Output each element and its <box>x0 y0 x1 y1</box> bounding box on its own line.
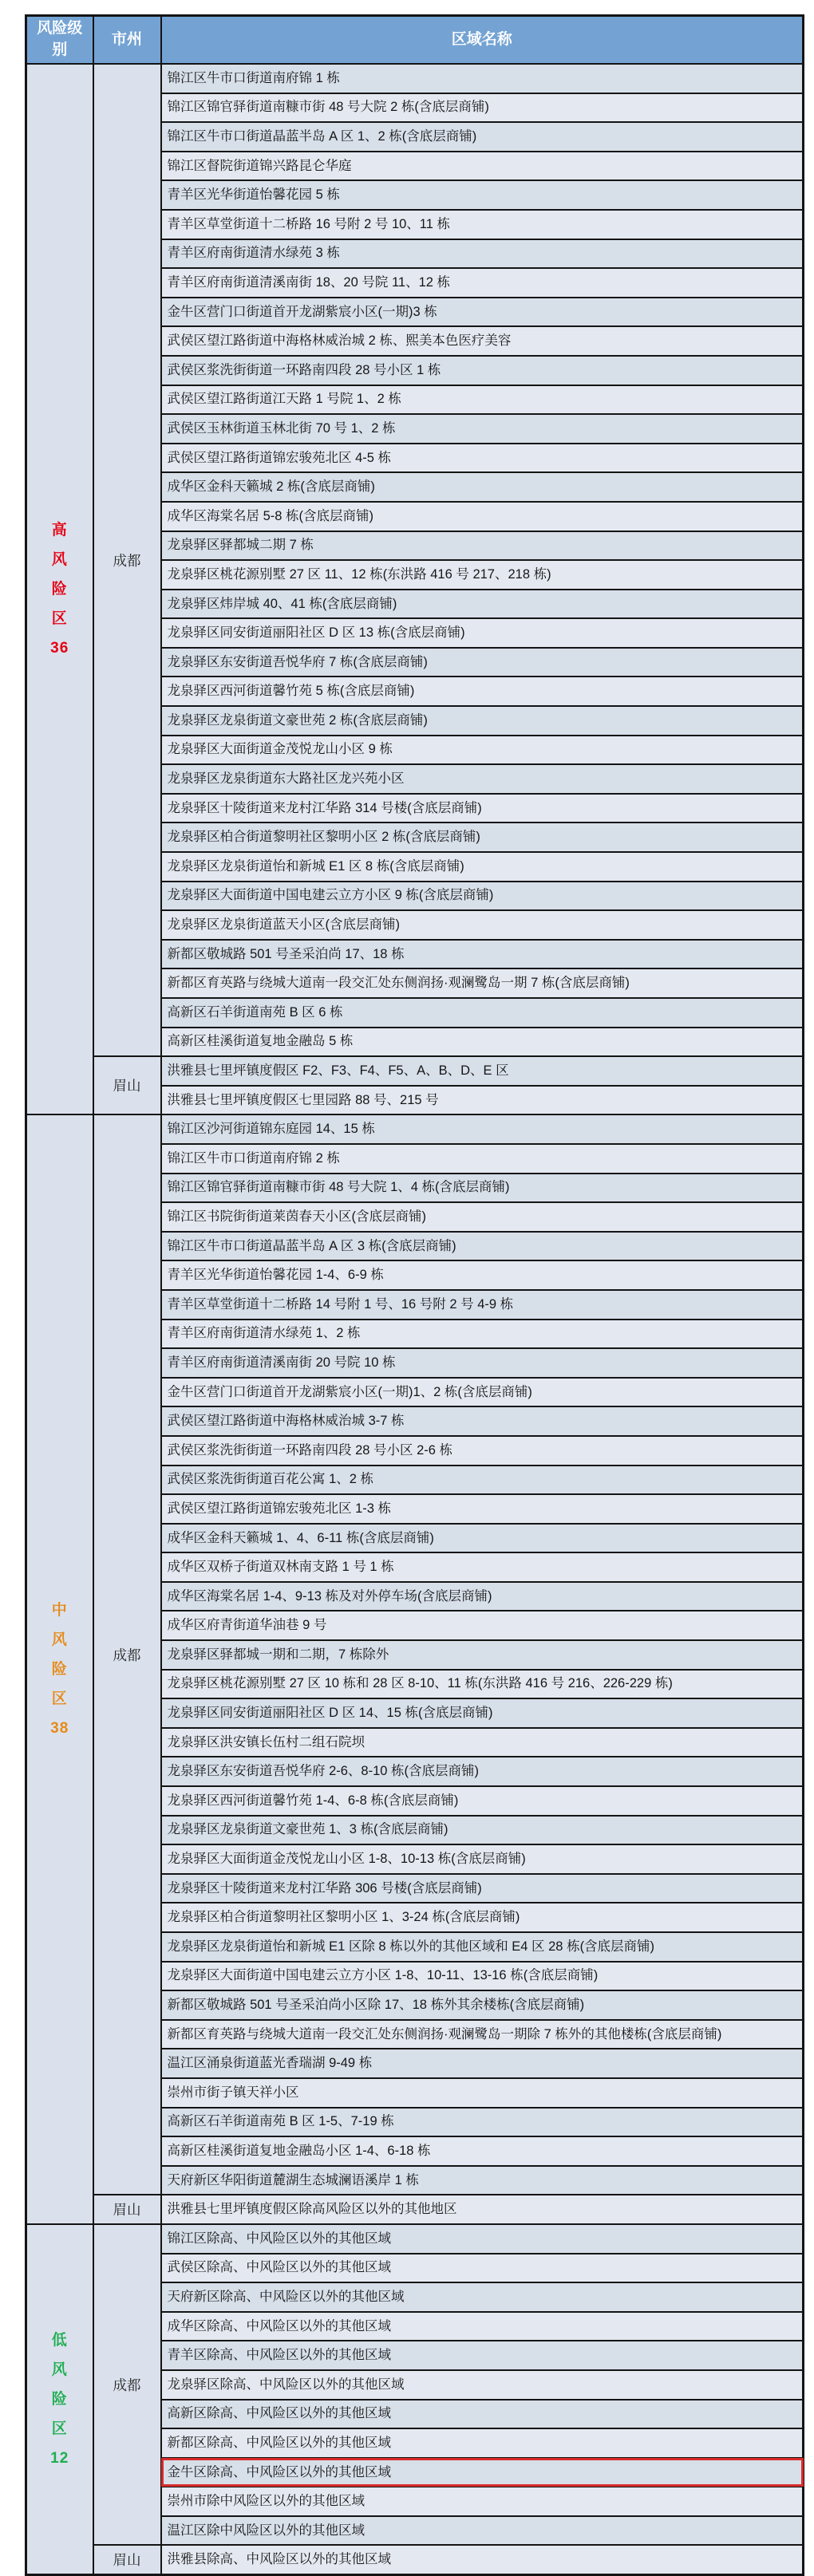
area-name-cell: 新都区敬城路 501 号圣采泊尚小区除 17、18 栋外其余楼栋(含底层商铺) <box>161 1990 804 2020</box>
risk-level-char: 险 <box>27 2385 93 2414</box>
area-name-cell: 青羊区草堂街道十二桥路 16 号附 2 号 10、11 栋 <box>161 210 804 239</box>
area-name-cell: 天府新区华阳街道麓湖生态城澜语溪岸 1 栋 <box>161 2166 804 2195</box>
area-name-cell: 洪雅县七里坪镇度假区除高风险区以外的其他地区 <box>161 2195 804 2224</box>
area-name-cell: 金牛区营门口街道首开龙湖紫宸小区(一期)1、2 栋(含底层商铺) <box>161 1378 804 1407</box>
table-row: 中风险区38成都锦江区沙河街道锦东庭园 14、15 栋 <box>26 1114 804 1144</box>
risk-level-char: 风 <box>27 2355 93 2385</box>
risk-level-char: 险 <box>27 1655 93 1684</box>
area-name-cell: 金牛区除高、中风险区以外的其他区域 <box>161 2458 804 2487</box>
area-name-cell: 龙泉驿区大面街道金茂悦龙山小区 9 栋 <box>161 736 804 765</box>
area-name-cell: 龙泉驿区龙泉街道蓝天小区(含底层商铺) <box>161 910 804 940</box>
area-name-cell: 龙泉驿区西河街道馨竹苑 1-4、6-8 栋(含底层商铺) <box>161 1786 804 1816</box>
area-name-cell: 温江区除中风险区以外的其他区域 <box>161 2516 804 2546</box>
area-name-cell: 成华区海棠名居 1-4、9-13 栋及对外停车场(含底层商铺) <box>161 1582 804 1611</box>
city-cell: 眉山 <box>93 2195 161 2224</box>
area-name-cell: 武侯区玉林街道玉林北街 70 号 1、2 栋 <box>161 414 804 444</box>
area-name-cell: 龙泉驿区十陵街道来龙村江华路 314 号楼(含底层商铺) <box>161 794 804 823</box>
risk-level-char: 低 <box>27 2326 93 2355</box>
area-name-cell: 洪雅县七里坪镇度假区 F2、F3、F4、F5、A、B、D、E 区 <box>161 1056 804 1086</box>
area-name-cell: 成华区府青街道华油巷 9 号 <box>161 1611 804 1640</box>
risk-level-char: 38 <box>27 1714 93 1743</box>
risk-level-char: 区 <box>27 604 93 633</box>
area-name-cell: 锦江区锦官驿街道南糠市街 48 号大院 1、4 栋(含底层商铺) <box>161 1174 804 1203</box>
area-name-cell: 锦江区除高、中风险区以外的其他区域 <box>161 2224 804 2254</box>
area-name-cell: 龙泉驿区十陵街道来龙村江华路 306 号楼(含底层商铺) <box>161 1874 804 1903</box>
risk-level-char: 高 <box>27 515 93 545</box>
city-label: 成都 <box>113 1647 141 1663</box>
area-name-cell: 高新区桂溪街道复地金融岛 5 栋 <box>161 1028 804 1057</box>
area-name-cell: 洪雅县除高、中风险区以外的其他区域 <box>161 2545 804 2574</box>
risk-level-char: 风 <box>27 1625 93 1655</box>
area-name-cell: 龙泉驿区西河街道馨竹苑 5 栋(含底层商铺) <box>161 677 804 706</box>
city-label: 眉山 <box>113 2552 141 2568</box>
area-name-cell: 龙泉驿区桃花源别墅 27 区 11、12 栋(东洪路 416 号 217、218… <box>161 560 804 590</box>
area-name-cell: 锦江区沙河街道锦东庭园 14、15 栋 <box>161 1114 804 1144</box>
area-name-cell: 龙泉驿区大面街道中国电建云立方小区 9 栋(含底层商铺) <box>161 882 804 911</box>
area-name-cell: 高新区除高、中风险区以外的其他区域 <box>161 2400 804 2429</box>
area-name-cell: 锦江区牛市口街道南府锦 2 栋 <box>161 1144 804 1174</box>
table-header: 风险级别 市州 区域名称 <box>26 16 804 65</box>
area-name-cell: 武侯区浆洗街街道一环路南四段 28 号小区 2-6 栋 <box>161 1436 804 1466</box>
area-name-cell: 金牛区营门口街道首开龙湖紫宸小区(一期)3 栋 <box>161 298 804 327</box>
table-row: 高风险区36成都锦江区牛市口街道南府锦 1 栋 <box>26 64 804 93</box>
area-name-cell: 青羊区府南街道清溪南街 20 号院 10 栋 <box>161 1348 804 1378</box>
table-row: 眉山洪雅县七里坪镇度假区除高风险区以外的其他地区 <box>26 2195 804 2224</box>
area-name-cell: 温江区涌泉街道蓝光香瑞湖 9-49 栋 <box>161 2049 804 2078</box>
area-name-cell: 龙泉驿区龙泉街道东大路社区龙兴苑小区 <box>161 764 804 794</box>
area-name-cell: 锦江区书院街街道莱茵春天小区(含底层商铺) <box>161 1202 804 1232</box>
risk-level-char: 12 <box>27 2444 93 2473</box>
area-name-cell: 新都区除高、中风险区以外的其他区域 <box>161 2428 804 2458</box>
area-name-cell: 武侯区浆洗街街道一环路南四段 28 号小区 1 栋 <box>161 356 804 385</box>
area-name-cell: 青羊区府南街道清溪南街 18、20 号院 11、12 栋 <box>161 268 804 298</box>
table-row: 眉山洪雅县除高、中风险区以外的其他区域 <box>26 2545 804 2574</box>
city-label: 成都 <box>113 553 141 569</box>
header-city: 市州 <box>93 16 161 65</box>
area-name-cell: 成华区双桥子街道双林南支路 1 号 1 栋 <box>161 1552 804 1582</box>
area-name-cell: 锦江区牛市口街道晶蓝半岛 A 区 3 栋(含底层商铺) <box>161 1232 804 1261</box>
area-name-cell: 武侯区望江路街道中海格林威治城 2 栋、熙美本色医疗美容 <box>161 326 804 356</box>
area-name-cell: 龙泉驿区龙泉街道文豪世苑 2 栋(含底层商铺) <box>161 706 804 736</box>
area-name-cell: 龙泉驿区同安街道丽阳社区 D 区 14、15 栋(含底层商铺) <box>161 1698 804 1728</box>
area-name-cell: 龙泉驿区龙泉街道怡和新城 E1 区 8 栋(含底层商铺) <box>161 852 804 882</box>
area-name-cell: 天府新区除高、中风险区以外的其他区域 <box>161 2282 804 2312</box>
page: 风险级别 市州 区域名称 高风险区36成都锦江区牛市口街道南府锦 1 栋锦江区锦… <box>0 0 814 2574</box>
area-name-cell: 龙泉驿区驿都城一期和二期，7 栋除外 <box>161 1640 804 1670</box>
area-name-cell: 成华区金科天籁城 2 栋(含底层商铺) <box>161 472 804 502</box>
risk-level-char: 险 <box>27 574 93 604</box>
area-name-cell: 龙泉驿区洪安镇长伍村二组石院坝 <box>161 1728 804 1757</box>
area-name-cell: 武侯区除高、中风险区以外的其他区域 <box>161 2254 804 2283</box>
risk-level-label: 中风险区38 <box>27 1596 93 1743</box>
risk-level-char: 36 <box>27 633 93 663</box>
city-cell: 眉山 <box>93 2545 161 2574</box>
risk-level-char: 风 <box>27 545 93 574</box>
area-name-cell: 龙泉驿区同安街道丽阳社区 D 区 13 栋(含底层商铺) <box>161 618 804 648</box>
area-name-cell: 龙泉驿区驿都城二期 7 栋 <box>161 531 804 561</box>
area-name-cell: 锦江区牛市口街道晶蓝半岛 A 区 1、2 栋(含底层商铺) <box>161 122 804 152</box>
city-cell: 成都 <box>93 1114 161 2195</box>
area-name-cell: 龙泉驿区柏合街道黎明社区黎明小区 1、3-24 栋(含底层商铺) <box>161 1903 804 1932</box>
area-name-cell: 洪雅县七里坪镇度假区七里园路 88 号、215 号 <box>161 1086 804 1115</box>
area-name-cell: 高新区桂溪街道复地金融岛小区 1-4、6-18 栋 <box>161 2136 804 2166</box>
area-name-cell: 武侯区望江路街道江天路 1 号院 1、2 栋 <box>161 385 804 415</box>
area-name-cell: 青羊区除高、中风险区以外的其他区域 <box>161 2341 804 2370</box>
city-cell: 眉山 <box>93 1056 161 1114</box>
area-name-cell: 新都区育英路与绕城大道南一段交汇处东侧润扬·观澜鹭岛一期除 7 栋外的其他楼栋(… <box>161 2020 804 2049</box>
area-name-cell: 高新区石羊街道南苑 B 区 1-5、7-19 栋 <box>161 2108 804 2137</box>
header-area-name: 区域名称 <box>161 16 804 65</box>
risk-level-cell: 低风险区12 <box>26 2224 93 2574</box>
area-name-cell: 龙泉驿区东安街道吾悦华府 2-6、8-10 栋(含底层商铺) <box>161 1757 804 1786</box>
risk-area-table: 风险级别 市州 区域名称 高风险区36成都锦江区牛市口街道南府锦 1 栋锦江区锦… <box>25 14 804 2576</box>
area-name-cell: 武侯区望江路街道中海格林威治城 3-7 栋 <box>161 1406 804 1436</box>
risk-level-label: 低风险区12 <box>27 2326 93 2473</box>
risk-level-char: 区 <box>27 1684 93 1714</box>
area-name-cell: 青羊区府南街道清水绿苑 3 栋 <box>161 239 804 269</box>
area-name-cell: 青羊区光华街道怡馨花园 1-4、6-9 栋 <box>161 1260 804 1290</box>
area-name-cell: 武侯区浆洗街街道百花公寓 1、2 栋 <box>161 1466 804 1495</box>
area-name-cell: 龙泉驿区东安街道吾悦华府 7 栋(含底层商铺) <box>161 648 804 677</box>
area-name-cell: 龙泉驿区炜岸城 40、41 栋(含底层商铺) <box>161 590 804 619</box>
area-name-cell: 龙泉驿区除高、中风险区以外的其他区域 <box>161 2370 804 2400</box>
area-name-cell: 青羊区府南街道清水绿苑 1、2 栋 <box>161 1320 804 1349</box>
area-name-cell: 锦江区锦官驿街道南糠市街 48 号大院 2 栋(含底层商铺) <box>161 93 804 123</box>
city-label: 成都 <box>113 2377 141 2393</box>
area-name-cell: 新都区敬城路 501 号圣采泊尚 17、18 栋 <box>161 940 804 969</box>
risk-level-label: 高风险区36 <box>27 515 93 663</box>
area-name-cell: 青羊区光华街道怡馨花园 5 栋 <box>161 180 804 210</box>
area-name-cell: 龙泉驿区大面街道中国电建云立方小区 1-8、10-11、13-16 栋(含底层商… <box>161 1962 804 1991</box>
area-name-cell: 武侯区望江路街道锦宏骏苑北区 1-3 栋 <box>161 1494 804 1524</box>
header-row: 风险级别 市州 区域名称 <box>26 16 804 65</box>
city-cell: 成都 <box>93 64 161 1056</box>
area-name-cell: 崇州市街子镇天祥小区 <box>161 2078 804 2108</box>
area-name-cell: 锦江区牛市口街道南府锦 1 栋 <box>161 64 804 93</box>
risk-level-char: 区 <box>27 2414 93 2444</box>
area-name-cell: 龙泉驿区大面街道金茂悦龙山小区 1-8、10-13 栋(含底层商铺) <box>161 1844 804 1874</box>
area-name-cell: 新都区育英路与绕城大道南一段交汇处东侧润扬·观澜鹭岛一期 7 栋(含底层商铺) <box>161 968 804 998</box>
area-name-cell: 龙泉驿区柏合街道黎明社区黎明小区 2 栋(含底层商铺) <box>161 823 804 852</box>
area-name-cell: 龙泉驿区桃花源别墅 27 区 10 栋和 28 区 8-10、11 栋(东洪路 … <box>161 1670 804 1699</box>
city-label: 眉山 <box>113 2202 141 2218</box>
header-risk-level: 风险级别 <box>26 16 93 65</box>
area-name-cell: 成华区除高、中风险区以外的其他区域 <box>161 2312 804 2341</box>
area-name-cell: 龙泉驿区龙泉街道文豪世苑 1、3 栋(含底层商铺) <box>161 1816 804 1845</box>
city-cell: 成都 <box>93 2224 161 2546</box>
table-row: 眉山洪雅县七里坪镇度假区 F2、F3、F4、F5、A、B、D、E 区 <box>26 1056 804 1086</box>
area-name-cell: 成华区海棠名居 5-8 栋(含底层商铺) <box>161 502 804 531</box>
table-row: 低风险区12成都锦江区除高、中风险区以外的其他区域 <box>26 2224 804 2254</box>
area-name-cell: 武侯区望江路街道锦宏骏苑北区 4-5 栋 <box>161 444 804 473</box>
area-name-cell: 高新区石羊街道南苑 B 区 6 栋 <box>161 998 804 1028</box>
area-name-cell: 崇州市除中风险区以外的其他区域 <box>161 2487 804 2516</box>
table-body: 高风险区36成都锦江区牛市口街道南府锦 1 栋锦江区锦官驿街道南糠市街 48 号… <box>26 64 804 2574</box>
area-name-cell: 青羊区草堂街道十二桥路 14 号附 1 号、16 号附 2 号 4-9 栋 <box>161 1290 804 1320</box>
city-label: 眉山 <box>113 1078 141 1094</box>
risk-level-char: 中 <box>27 1596 93 1625</box>
area-name-cell: 龙泉驿区龙泉街道怡和新城 E1 区除 8 栋以外的其他区域和 E4 区 28 栋… <box>161 1932 804 1962</box>
area-name-cell: 锦江区督院街道锦兴路昆仑华庭 <box>161 152 804 181</box>
area-name-cell: 成华区金科天籁城 1、4、6-11 栋(含底层商铺) <box>161 1524 804 1553</box>
risk-level-cell: 高风险区36 <box>26 64 93 1114</box>
risk-level-cell: 中风险区38 <box>26 1114 93 2224</box>
